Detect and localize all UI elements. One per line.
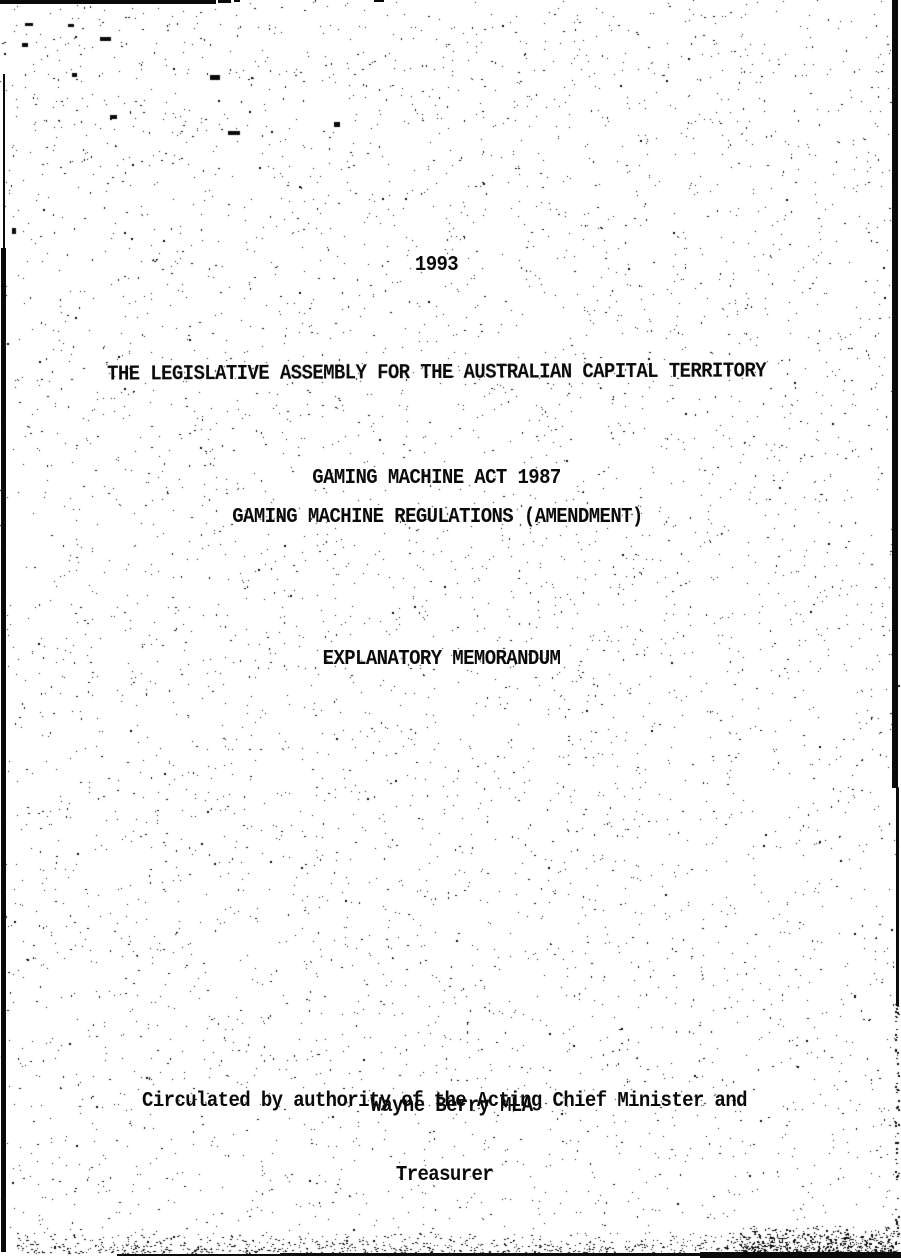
act-title: GAMING MACHINE ACT 1987 [0, 465, 887, 490]
scan-edge-bottom-line [700, 1252, 901, 1258]
year-heading: 1993 [0, 252, 887, 277]
circulation-statement-line2: Treasurer [0, 1162, 895, 1187]
scan-edge-right-bar [892, 0, 898, 788]
regulation-title: GAMING MACHINE REGULATIONS (AMENDMENT) [0, 504, 888, 529]
scan-edge-left-thin [3, 74, 5, 250]
circulation-statement: Circulated by authority of the Acting Ch… [0, 1039, 895, 1236]
scanned-document-page: 1993 THE LEGISLATIVE ASSEMBLY FOR THE AU… [0, 0, 901, 1258]
scan-edge-right-thin [896, 788, 899, 1006]
signatory-name: Wayne Berry MLA [1, 1093, 901, 1118]
scan-edge-top-fragment [234, 0, 240, 2]
document-type-title: EXPLANATORY MEMORANDUM [0, 646, 892, 671]
assembly-title: THE LEGISLATIVE ASSEMBLY FOR THE AUSTRAL… [0, 358, 887, 387]
scan-edge-top-bar [0, 0, 216, 4]
scan-edge-top-fragment [218, 0, 231, 3]
scan-edge-top-tick [374, 0, 384, 2]
